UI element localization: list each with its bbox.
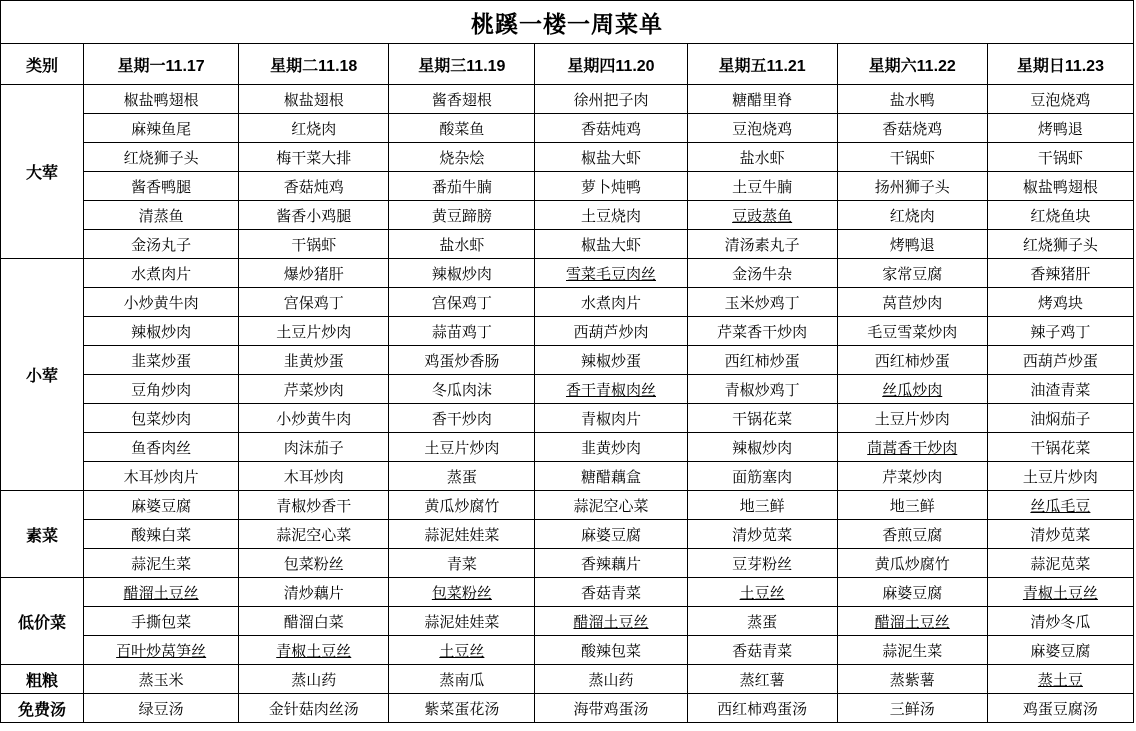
dish-cell: 蒜泥生菜 <box>837 636 987 665</box>
dish-cell: 红烧鱼块 <box>987 201 1133 230</box>
dish-cell: 地三鲜 <box>837 491 987 520</box>
dish-cell: 干锅虾 <box>987 143 1133 172</box>
dish-cell: 烤鸭退 <box>837 230 987 259</box>
dish-cell: 清炒藕片 <box>239 578 389 607</box>
category-cell: 素菜 <box>1 491 84 578</box>
dish-cell: 海带鸡蛋汤 <box>535 694 687 723</box>
day-column-header: 星期四11.20 <box>535 44 687 85</box>
dish-cell: 小炒黄牛肉 <box>84 288 239 317</box>
dish-cell: 酱香小鸡腿 <box>239 201 389 230</box>
menu-row: 蒜泥生菜包菜粉丝青菜香辣藕片豆芽粉丝黄瓜炒腐竹蒜泥苋菜 <box>1 549 1134 578</box>
dish-cell: 土豆丝 <box>389 636 535 665</box>
dish-cell: 红烧肉 <box>239 114 389 143</box>
category-cell: 大荤 <box>1 85 84 259</box>
menu-row: 清蒸鱼酱香小鸡腿黄豆蹄膀土豆烧肉豆豉蒸鱼红烧肉红烧鱼块 <box>1 201 1134 230</box>
dish-cell: 蒜泥空心菜 <box>535 491 687 520</box>
dish-cell: 青菜 <box>389 549 535 578</box>
dish-cell: 清炒苋菜 <box>987 520 1133 549</box>
dish-cell: 清炒苋菜 <box>687 520 837 549</box>
dish-cell: 辣子鸡丁 <box>987 317 1133 346</box>
dish-cell: 烧杂烩 <box>389 143 535 172</box>
dish-cell: 萝卜炖鸭 <box>535 172 687 201</box>
dish-cell: 青椒炒香干 <box>239 491 389 520</box>
dish-cell: 金汤丸子 <box>84 230 239 259</box>
dish-cell: 韭菜炒蛋 <box>84 346 239 375</box>
dish-cell: 莴苣炒肉 <box>837 288 987 317</box>
dish-cell: 蒸南瓜 <box>389 665 535 694</box>
day-column-header: 星期五11.21 <box>687 44 837 85</box>
dish-cell: 西红柿炒蛋 <box>687 346 837 375</box>
dish-cell: 雪菜毛豆肉丝 <box>535 259 687 288</box>
menu-row: 粗粮蒸玉米蒸山药蒸南瓜蒸山药蒸红薯蒸紫薯蒸土豆 <box>1 665 1134 694</box>
dish-cell: 番茄牛腩 <box>389 172 535 201</box>
dish-cell: 香煎豆腐 <box>837 520 987 549</box>
dish-cell: 麻辣鱼尾 <box>84 114 239 143</box>
dish-cell: 干锅花菜 <box>987 433 1133 462</box>
dish-cell: 烤鸭退 <box>987 114 1133 143</box>
spreadsheet-sheet: 桃蹊一楼一周菜单 类别星期一11.17星期二11.18星期三11.19星期四11… <box>0 0 1136 731</box>
menu-row: 辣椒炒肉土豆片炒肉蒜苗鸡丁西葫芦炒肉芹菜香干炒肉毛豆雪菜炒肉辣子鸡丁 <box>1 317 1134 346</box>
menu-row: 百叶炒莴笋丝青椒土豆丝土豆丝酸辣包菜香菇青菜蒜泥生菜麻婆豆腐 <box>1 636 1134 665</box>
dish-cell: 手撕包菜 <box>84 607 239 636</box>
dish-cell: 黄豆蹄膀 <box>389 201 535 230</box>
dish-cell: 酸菜鱼 <box>389 114 535 143</box>
menu-row: 鱼香肉丝肉沫茄子土豆片炒肉韭黄炒肉辣椒炒肉茼蒿香干炒肉干锅花菜 <box>1 433 1134 462</box>
day-column-header: 星期一11.17 <box>84 44 239 85</box>
dish-cell: 三鲜汤 <box>837 694 987 723</box>
dish-cell: 蒸蛋 <box>687 607 837 636</box>
dish-cell: 包菜粉丝 <box>239 549 389 578</box>
dish-cell: 金汤牛杂 <box>687 259 837 288</box>
dish-cell: 土豆片炒肉 <box>837 404 987 433</box>
dish-cell: 芹菜香干炒肉 <box>687 317 837 346</box>
day-column-header: 星期六11.22 <box>837 44 987 85</box>
dish-cell: 黄瓜炒腐竹 <box>837 549 987 578</box>
dish-cell: 木耳炒肉 <box>239 462 389 491</box>
dish-cell: 蒸紫薯 <box>837 665 987 694</box>
dish-cell: 丝瓜毛豆 <box>987 491 1133 520</box>
dish-cell: 西红柿鸡蛋汤 <box>687 694 837 723</box>
dish-cell: 椒盐翅根 <box>239 85 389 114</box>
day-column-header: 星期三11.19 <box>389 44 535 85</box>
menu-row: 红烧狮子头梅干菜大排烧杂烩椒盐大虾盐水虾干锅虾干锅虾 <box>1 143 1134 172</box>
dish-cell: 梅干菜大排 <box>239 143 389 172</box>
dish-cell: 香辣藕片 <box>535 549 687 578</box>
dish-cell: 百叶炒莴笋丝 <box>84 636 239 665</box>
dish-cell: 土豆片炒肉 <box>389 433 535 462</box>
dish-cell: 糖醋藕盒 <box>535 462 687 491</box>
dish-cell: 椒盐鸭翅根 <box>987 172 1133 201</box>
dish-cell: 麻婆豆腐 <box>987 636 1133 665</box>
dish-cell: 宫保鸡丁 <box>239 288 389 317</box>
dish-cell: 辣椒炒肉 <box>84 317 239 346</box>
dish-cell: 红烧狮子头 <box>987 230 1133 259</box>
menu-row: 酸辣白菜蒜泥空心菜蒜泥娃娃菜麻婆豆腐清炒苋菜香煎豆腐清炒苋菜 <box>1 520 1134 549</box>
dish-cell: 蒜泥空心菜 <box>239 520 389 549</box>
dish-cell: 包菜炒肉 <box>84 404 239 433</box>
dish-cell: 红烧狮子头 <box>84 143 239 172</box>
dish-cell: 麻婆豆腐 <box>837 578 987 607</box>
dish-cell: 醋溜土豆丝 <box>837 607 987 636</box>
dish-cell: 地三鲜 <box>687 491 837 520</box>
dish-cell: 徐州把子肉 <box>535 85 687 114</box>
day-column-header: 星期日11.23 <box>987 44 1133 85</box>
page-title: 桃蹊一楼一周菜单 <box>1 1 1134 44</box>
dish-cell: 绿豆汤 <box>84 694 239 723</box>
dish-cell: 盐水鸭 <box>837 85 987 114</box>
dish-cell: 蒸土豆 <box>987 665 1133 694</box>
dish-cell: 干锅虾 <box>837 143 987 172</box>
dish-cell: 木耳炒肉片 <box>84 462 239 491</box>
dish-cell: 油渣青菜 <box>987 375 1133 404</box>
dish-cell: 豆泡烧鸡 <box>687 114 837 143</box>
menu-row: 麻辣鱼尾红烧肉酸菜鱼香菇炖鸡豆泡烧鸡香菇烧鸡烤鸭退 <box>1 114 1134 143</box>
dish-cell: 盐水虾 <box>687 143 837 172</box>
dish-cell: 糖醋里脊 <box>687 85 837 114</box>
dish-cell: 肉沫茄子 <box>239 433 389 462</box>
dish-cell: 丝瓜炒肉 <box>837 375 987 404</box>
dish-cell: 蒜泥生菜 <box>84 549 239 578</box>
dish-cell: 韭黄炒肉 <box>535 433 687 462</box>
dish-cell: 水煮肉片 <box>535 288 687 317</box>
dish-cell: 毛豆雪菜炒肉 <box>837 317 987 346</box>
dish-cell: 金针菇肉丝汤 <box>239 694 389 723</box>
dish-cell: 蒜苗鸡丁 <box>389 317 535 346</box>
dish-cell: 椒盐鸭翅根 <box>84 85 239 114</box>
dish-cell: 酱香鸭腿 <box>84 172 239 201</box>
dish-cell: 韭黄炒蛋 <box>239 346 389 375</box>
dish-cell: 土豆牛腩 <box>687 172 837 201</box>
menu-row: 木耳炒肉片木耳炒肉蒸蛋糖醋藕盒面筋塞肉芹菜炒肉土豆片炒肉 <box>1 462 1134 491</box>
menu-row: 豆角炒肉芹菜炒肉冬瓜肉沫香干青椒肉丝青椒炒鸡丁丝瓜炒肉油渣青菜 <box>1 375 1134 404</box>
dish-cell: 红烧肉 <box>837 201 987 230</box>
title-row: 桃蹊一楼一周菜单 <box>1 1 1134 44</box>
dish-cell: 青椒土豆丝 <box>239 636 389 665</box>
dish-cell: 宫保鸡丁 <box>389 288 535 317</box>
dish-cell: 香菇炖鸡 <box>535 114 687 143</box>
dish-cell: 醋溜土豆丝 <box>535 607 687 636</box>
dish-cell: 玉米炒鸡丁 <box>687 288 837 317</box>
dish-cell: 西葫芦炒肉 <box>535 317 687 346</box>
dish-cell: 清炒冬瓜 <box>987 607 1133 636</box>
dish-cell: 醋溜白菜 <box>239 607 389 636</box>
dish-cell: 土豆片炒肉 <box>239 317 389 346</box>
dish-cell: 香干炒肉 <box>389 404 535 433</box>
dish-cell: 爆炒猪肝 <box>239 259 389 288</box>
dish-cell: 豆泡烧鸡 <box>987 85 1133 114</box>
weekly-menu-table: 桃蹊一楼一周菜单 类别星期一11.17星期二11.18星期三11.19星期四11… <box>0 0 1134 723</box>
dish-cell: 清蒸鱼 <box>84 201 239 230</box>
dish-cell: 清汤素丸子 <box>687 230 837 259</box>
dish-cell: 醋溜土豆丝 <box>84 578 239 607</box>
menu-row: 手撕包菜醋溜白菜蒜泥娃娃菜醋溜土豆丝蒸蛋醋溜土豆丝清炒冬瓜 <box>1 607 1134 636</box>
dish-cell: 小炒黄牛肉 <box>239 404 389 433</box>
day-column-header: 星期二11.18 <box>239 44 389 85</box>
dish-cell: 土豆片炒肉 <box>987 462 1133 491</box>
dish-cell: 蒸蛋 <box>389 462 535 491</box>
menu-row: 韭菜炒蛋韭黄炒蛋鸡蛋炒香肠辣椒炒蛋西红柿炒蛋西红柿炒蛋西葫芦炒蛋 <box>1 346 1134 375</box>
dish-cell: 干锅花菜 <box>687 404 837 433</box>
dish-cell: 香菇烧鸡 <box>837 114 987 143</box>
dish-cell: 包菜粉丝 <box>389 578 535 607</box>
dish-cell: 酱香翅根 <box>389 85 535 114</box>
dish-cell: 紫菜蛋花汤 <box>389 694 535 723</box>
dish-cell: 香干青椒肉丝 <box>535 375 687 404</box>
dish-cell: 鸡蛋豆腐汤 <box>987 694 1133 723</box>
dish-cell: 椒盐大虾 <box>535 143 687 172</box>
dish-cell: 蒸玉米 <box>84 665 239 694</box>
dish-cell: 青椒炒鸡丁 <box>687 375 837 404</box>
dish-cell: 水煮肉片 <box>84 259 239 288</box>
dish-cell: 面筋塞肉 <box>687 462 837 491</box>
dish-cell: 茼蒿香干炒肉 <box>837 433 987 462</box>
dish-cell: 油焖茄子 <box>987 404 1133 433</box>
dish-cell: 蒸红薯 <box>687 665 837 694</box>
dish-cell: 土豆丝 <box>687 578 837 607</box>
category-cell: 低价菜 <box>1 578 84 665</box>
menu-row: 小炒黄牛肉宫保鸡丁宫保鸡丁水煮肉片玉米炒鸡丁莴苣炒肉烤鸡块 <box>1 288 1134 317</box>
dish-cell: 麻婆豆腐 <box>535 520 687 549</box>
category-cell: 免费汤 <box>1 694 84 723</box>
dish-cell: 辣椒炒蛋 <box>535 346 687 375</box>
dish-cell: 芹菜炒肉 <box>239 375 389 404</box>
dish-cell: 鸡蛋炒香肠 <box>389 346 535 375</box>
dish-cell: 家常豆腐 <box>837 259 987 288</box>
dish-cell: 西葫芦炒蛋 <box>987 346 1133 375</box>
dish-cell: 青椒土豆丝 <box>987 578 1133 607</box>
dish-cell: 冬瓜肉沫 <box>389 375 535 404</box>
dish-cell: 蒸山药 <box>535 665 687 694</box>
menu-row: 低价菜醋溜土豆丝清炒藕片包菜粉丝香菇青菜土豆丝麻婆豆腐青椒土豆丝 <box>1 578 1134 607</box>
dish-cell: 蒜泥苋菜 <box>987 549 1133 578</box>
dish-cell: 香辣猪肝 <box>987 259 1133 288</box>
dish-cell: 豆豉蒸鱼 <box>687 201 837 230</box>
menu-body: 大荤椒盐鸭翅根椒盐翅根酱香翅根徐州把子肉糖醋里脊盐水鸭豆泡烧鸡麻辣鱼尾红烧肉酸菜… <box>1 85 1134 723</box>
dish-cell: 黄瓜炒腐竹 <box>389 491 535 520</box>
dish-cell: 芹菜炒肉 <box>837 462 987 491</box>
category-cell: 小荤 <box>1 259 84 491</box>
dish-cell: 豆芽粉丝 <box>687 549 837 578</box>
menu-row: 金汤丸子干锅虾盐水虾椒盐大虾清汤素丸子烤鸭退红烧狮子头 <box>1 230 1134 259</box>
dish-cell: 蒜泥娃娃菜 <box>389 607 535 636</box>
dish-cell: 麻婆豆腐 <box>84 491 239 520</box>
dish-cell: 干锅虾 <box>239 230 389 259</box>
dish-cell: 青椒肉片 <box>535 404 687 433</box>
dish-cell: 椒盐大虾 <box>535 230 687 259</box>
dish-cell: 烤鸡块 <box>987 288 1133 317</box>
dish-cell: 鱼香肉丝 <box>84 433 239 462</box>
category-cell: 粗粮 <box>1 665 84 694</box>
dish-cell: 扬州狮子头 <box>837 172 987 201</box>
dish-cell: 辣椒炒肉 <box>389 259 535 288</box>
menu-row: 大荤椒盐鸭翅根椒盐翅根酱香翅根徐州把子肉糖醋里脊盐水鸭豆泡烧鸡 <box>1 85 1134 114</box>
menu-row: 包菜炒肉小炒黄牛肉香干炒肉青椒肉片干锅花菜土豆片炒肉油焖茄子 <box>1 404 1134 433</box>
dish-cell: 蒸山药 <box>239 665 389 694</box>
dish-cell: 酸辣包菜 <box>535 636 687 665</box>
dish-cell: 蒜泥娃娃菜 <box>389 520 535 549</box>
dish-cell: 豆角炒肉 <box>84 375 239 404</box>
header-row: 类别星期一11.17星期二11.18星期三11.19星期四11.20星期五11.… <box>1 44 1134 85</box>
dish-cell: 盐水虾 <box>389 230 535 259</box>
category-column-header: 类别 <box>1 44 84 85</box>
dish-cell: 酸辣白菜 <box>84 520 239 549</box>
menu-row: 酱香鸭腿香菇炖鸡番茄牛腩萝卜炖鸭土豆牛腩扬州狮子头椒盐鸭翅根 <box>1 172 1134 201</box>
dish-cell: 土豆烧肉 <box>535 201 687 230</box>
menu-row: 小荤水煮肉片爆炒猪肝辣椒炒肉雪菜毛豆肉丝金汤牛杂家常豆腐香辣猪肝 <box>1 259 1134 288</box>
menu-row: 免费汤绿豆汤金针菇肉丝汤紫菜蛋花汤海带鸡蛋汤西红柿鸡蛋汤三鲜汤鸡蛋豆腐汤 <box>1 694 1134 723</box>
dish-cell: 香菇青菜 <box>535 578 687 607</box>
dish-cell: 西红柿炒蛋 <box>837 346 987 375</box>
dish-cell: 辣椒炒肉 <box>687 433 837 462</box>
menu-row: 素菜麻婆豆腐青椒炒香干黄瓜炒腐竹蒜泥空心菜地三鲜地三鲜丝瓜毛豆 <box>1 491 1134 520</box>
dish-cell: 香菇炖鸡 <box>239 172 389 201</box>
dish-cell: 香菇青菜 <box>687 636 837 665</box>
